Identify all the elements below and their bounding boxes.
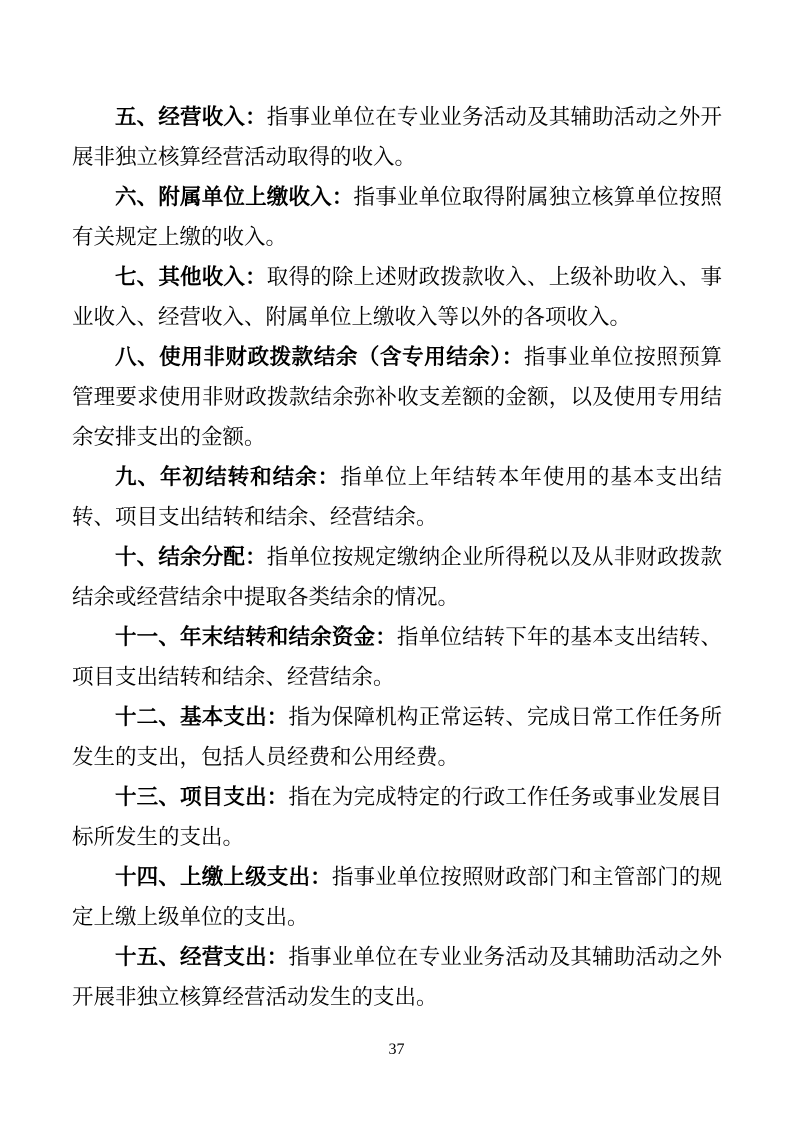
definition-paragraph: 九、年初结转和结余：指单位上年结转本年使用的基本支出结转、项目支出结转和结余、经… [72, 458, 722, 538]
definition-paragraph: 七、其他收入：取得的除上述财政拨款收入、上级补助收入、事业收入、经营收入、附属单… [72, 258, 722, 338]
definition-term: 十三、项目支出： [115, 785, 288, 810]
definition-term: 九、年初结转和结余： [115, 465, 340, 490]
definition-paragraph: 十一、年末结转和结余资金：指单位结转下年的基本支出结转、项目支出结转和结余、经营… [72, 618, 722, 698]
definition-paragraph: 十五、经营支出：指事业单位在专业业务活动及其辅助活动之外开展非独立核算经营活动发… [72, 938, 722, 1018]
definition-term: 七、其他收入： [115, 265, 267, 290]
definition-paragraph: 十三、项目支出：指在为完成特定的行政工作任务或事业发展目标所发生的支出。 [72, 778, 722, 858]
definition-paragraph: 六、附属单位上缴收入：指事业单位取得附属独立核算单位按照有关规定上缴的收入。 [72, 178, 722, 258]
definition-paragraph: 八、使用非财政拨款结余（含专用结余）：指事业单位按照预算管理要求使用非财政拨款结… [72, 338, 722, 458]
definition-term: 十五、经营支出： [115, 945, 288, 970]
definition-term: 十一、年末结转和结余资金： [115, 625, 397, 650]
definition-paragraph: 十二、基本支出：指为保障机构正常运转、完成日常工作任务所发生的支出，包括人员经费… [72, 698, 722, 778]
definition-paragraph: 五、经营收入：指事业单位在专业业务活动及其辅助活动之外开展非独立核算经营活动取得… [72, 98, 722, 178]
definition-term: 六、附属单位上缴收入： [115, 185, 354, 210]
page-number: 37 [0, 1040, 793, 1060]
document-page: 五、经营收入：指事业单位在专业业务活动及其辅助活动之外开展非独立核算经营活动取得… [0, 0, 793, 1122]
definition-term: 十二、基本支出： [115, 705, 288, 730]
definition-term: 五、经营收入： [115, 105, 267, 130]
definition-term: 八、使用非财政拨款结余（含专用结余）： [115, 345, 524, 370]
document-body: 五、经营收入：指事业单位在专业业务活动及其辅助活动之外开展非独立核算经营活动取得… [72, 98, 722, 1018]
definition-paragraph: 十、结余分配：指单位按规定缴纳企业所得税以及从非财政拨款结余或经营结余中提取各类… [72, 538, 722, 618]
definition-paragraph: 十四、上缴上级支出：指事业单位按照财政部门和主管部门的规定上缴上级单位的支出。 [72, 858, 722, 938]
definition-term: 十四、上缴上级支出： [115, 865, 332, 890]
definition-term: 十、结余分配： [115, 545, 267, 570]
